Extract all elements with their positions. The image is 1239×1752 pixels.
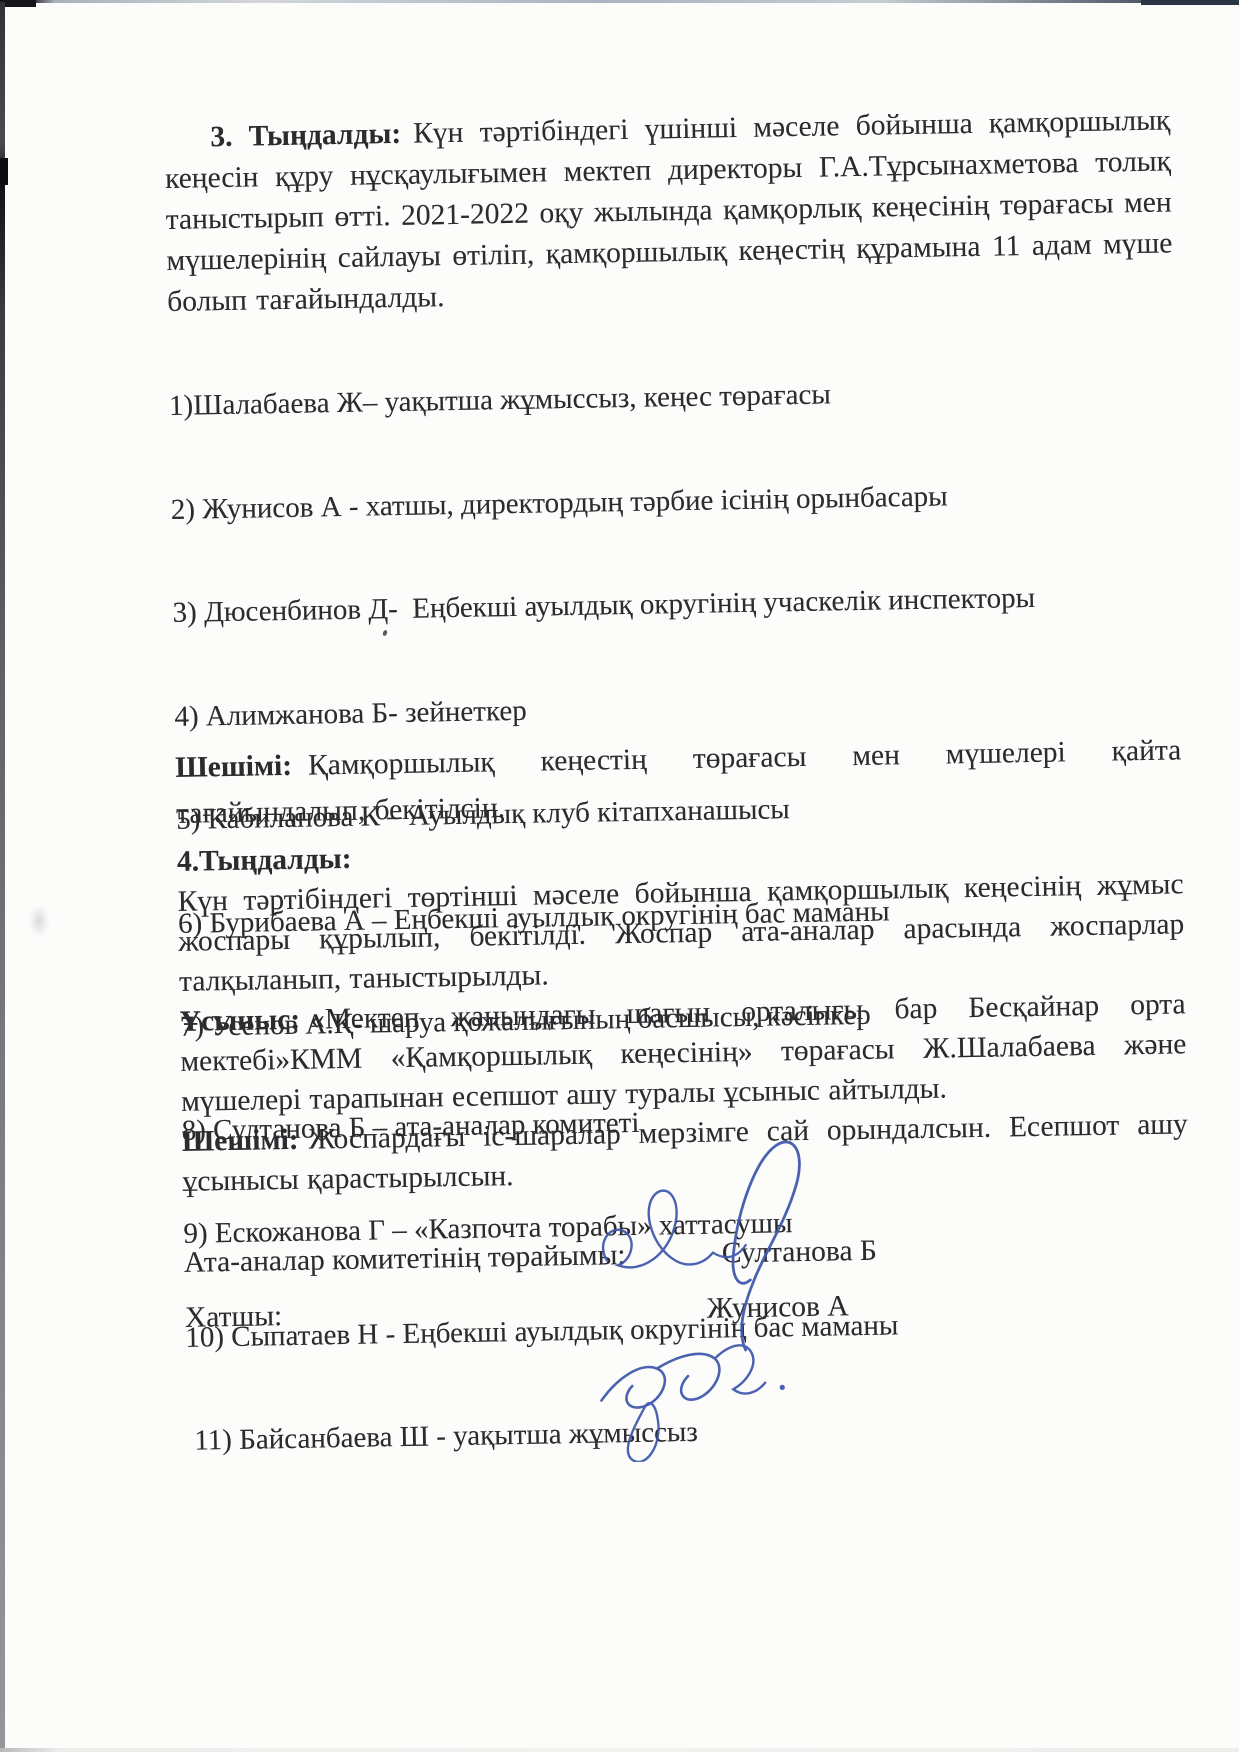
list-item: 2) Жунисов А - хатшы, директордың тәрбие… bbox=[171, 475, 1177, 527]
decision-text: Қамқоршылық кеңестің төрағасы мен мүшеле… bbox=[176, 734, 1182, 830]
section3-paragraph: 3. Тыңдалды:Күн тәртібіндегі үшінші мәсе… bbox=[164, 100, 1173, 323]
section3-decision: Шешімі:Қамқоршылық кеңестің төрағасы мен… bbox=[175, 727, 1182, 837]
section4-proposal: Ұсыныс:«Мектеп жанындағы шағын орталығы … bbox=[179, 984, 1187, 1122]
scan-top-right-corner bbox=[1141, 0, 1239, 5]
decision-label: Шешімі: bbox=[175, 750, 292, 784]
decision-label: Шешімі: bbox=[182, 1124, 299, 1158]
scan-top-left-corner bbox=[0, 0, 36, 7]
section3-heading: 3. Тыңдалды: bbox=[210, 118, 401, 153]
proposal-label: Ұсыныс: bbox=[179, 1004, 300, 1038]
scan-bottom-edge bbox=[0, 1748, 1239, 1752]
list-item: 4) Алимжанова Б- зейнеткер bbox=[174, 682, 1180, 734]
document-body: 3. Тыңдалды:Күн тәртібіндегі үшінші мәсе… bbox=[164, 100, 1195, 1557]
scan-left-edge bbox=[0, 2, 5, 1752]
scanned-document-page: 3. Тыңдалды:Күн тәртібіндегі үшінші мәсе… bbox=[0, 0, 1239, 1752]
list-item: 3) Дюсенбинов Д- Еңбекші ауылдық округін… bbox=[172, 578, 1178, 630]
scan-left-edge-mark bbox=[0, 158, 8, 185]
proposal-text: «Мектеп жанындағы шағын орталығы бар Бес… bbox=[180, 988, 1186, 1118]
signature-ink bbox=[585, 1128, 871, 1463]
signer-role: Ата-аналар комитетінің төрайымы: bbox=[184, 1239, 626, 1279]
list-item: 1)Шалабаева Ж– уақытша жұмыссыз, кеңес т… bbox=[169, 371, 1175, 423]
signer-role: Хатшы: bbox=[185, 1300, 283, 1334]
scan-top-edge bbox=[0, 0, 1239, 3]
section4-body: Күн тәртібіндегі төртінші мәселе бойынша… bbox=[177, 864, 1185, 1002]
scan-smudge-artifact bbox=[24, 898, 54, 944]
